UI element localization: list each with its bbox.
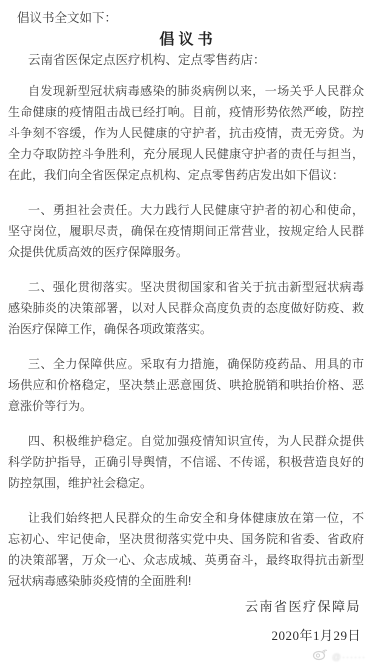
paragraph-line: 众提供优质高效的医疗保障服务。 xyxy=(8,242,364,263)
paragraph-line: 四、积极维护稳定。自觉加强疫情知识宣传，为人民群众提供 xyxy=(8,431,364,452)
document-page: 倡议书全文如下： 倡 议 书 云南省医保定点医疗机构、定点零售药店： 自发现新型… xyxy=(0,0,372,670)
paragraph-line: 感染肺炎的决策部署，以对人民群众高度负责的态度做好防疫、救 xyxy=(8,298,364,319)
paragraph: 自发现新型冠状病毒感染的肺炎病例以来，一场关乎人民群众生命健康的疫情阻击战已经打… xyxy=(8,81,364,186)
weibo-watermark: @······ xyxy=(312,647,366,666)
paragraph-line: 忘初心、牢记使命，坚决贯彻落实党中央、国务院和省委、省政府 xyxy=(8,529,364,550)
paragraph-line: 让我们始终把人民群众的生命安全和身体健康放在第一位，不 xyxy=(8,508,364,529)
intro-line: 倡议书全文如下： xyxy=(8,8,364,29)
paragraph-line: 治医疗保障工作，确保各项政策落实。 xyxy=(8,319,364,340)
document-body: 自发现新型冠状病毒感染的肺炎病例以来，一场关乎人民群众生命健康的疫情阻击战已经打… xyxy=(8,81,364,592)
paragraph: 四、积极维护稳定。自觉加强疫情知识宣传，为人民群众提供科学防护指导，正确引导舆情… xyxy=(8,431,364,494)
date-line: 2020年1月29日 xyxy=(8,625,364,646)
paragraph-line: 坚守岗位，履职尽责，确保在疫情期间正常营业，按规定给人民群 xyxy=(8,221,364,242)
document-title: 倡 议 书 xyxy=(8,29,364,50)
paragraph: 三、全力保障供应。采取有力措施，确保防疫药品、用具的市场供应和价格稳定，坚决禁止… xyxy=(8,354,364,417)
paragraph: 让我们始终把人民群众的生命安全和身体健康放在第一位，不忘初心、牢记使命，坚决贯彻… xyxy=(8,508,364,592)
paragraph-line: 三、全力保障供应。采取有力措施，确保防疫药品、用具的市 xyxy=(8,354,364,375)
paragraph-line: 生命健康的疫情阻击战已经打响。目前，疫情形势依然严峻，防控 xyxy=(8,102,364,123)
paragraph-line: 意涨价等行为。 xyxy=(8,396,364,417)
signature-line: 云南省医疗保障局 xyxy=(8,596,364,617)
paragraph: 一、勇担社会责任。大力践行人民健康守护者的初心和使命，坚守岗位，履职尽责，确保在… xyxy=(8,200,364,263)
paragraph-line: 科学防护指导，正确引导舆情，不信谣、不传谣，积极营造良好的 xyxy=(8,452,364,473)
paragraph-line: 全力夺取防控斗争胜利，充分展现人民健康守护者的责任与担当， xyxy=(8,144,364,165)
watermark-text: @······ xyxy=(332,652,366,662)
paragraph-line: 一、勇担社会责任。大力践行人民健康守护者的初心和使命， xyxy=(8,200,364,221)
paragraph-line: 在此，我们向全省医保定点机构、定点零售药店发出如下倡议： xyxy=(8,165,364,186)
paragraph: 二、强化贯彻落实。坚决贯彻国家和省关于抗击新型冠状病毒感染肺炎的决策部署，以对人… xyxy=(8,277,364,340)
paragraph-line: 防控氛围，维护社会稳定。 xyxy=(8,473,364,494)
paragraph-line: 二、强化贯彻落实。坚决贯彻国家和省关于抗击新型冠状病毒 xyxy=(8,277,364,298)
paragraph-line: 冠状病毒感染肺炎疫情的全面胜利! xyxy=(8,571,364,592)
salutation-line: 云南省医保定点医疗机构、定点零售药店： xyxy=(8,50,364,71)
paragraph-line: 自发现新型冠状病毒感染的肺炎病例以来，一场关乎人民群众 xyxy=(8,81,364,102)
paragraph-line: 斗争刻不容缓，作为人民健康的守护者，抗击疫情，责无旁贷。为 xyxy=(8,123,364,144)
weibo-icon xyxy=(312,647,328,666)
paragraph-line: 场供应和价格稳定，坚决禁止恶意囤货、哄抢脱销和哄抬价格、恶 xyxy=(8,375,364,396)
paragraph-line: 的决策部署，万众一心、众志成城、英勇奋斗，最终取得抗击新型 xyxy=(8,550,364,571)
